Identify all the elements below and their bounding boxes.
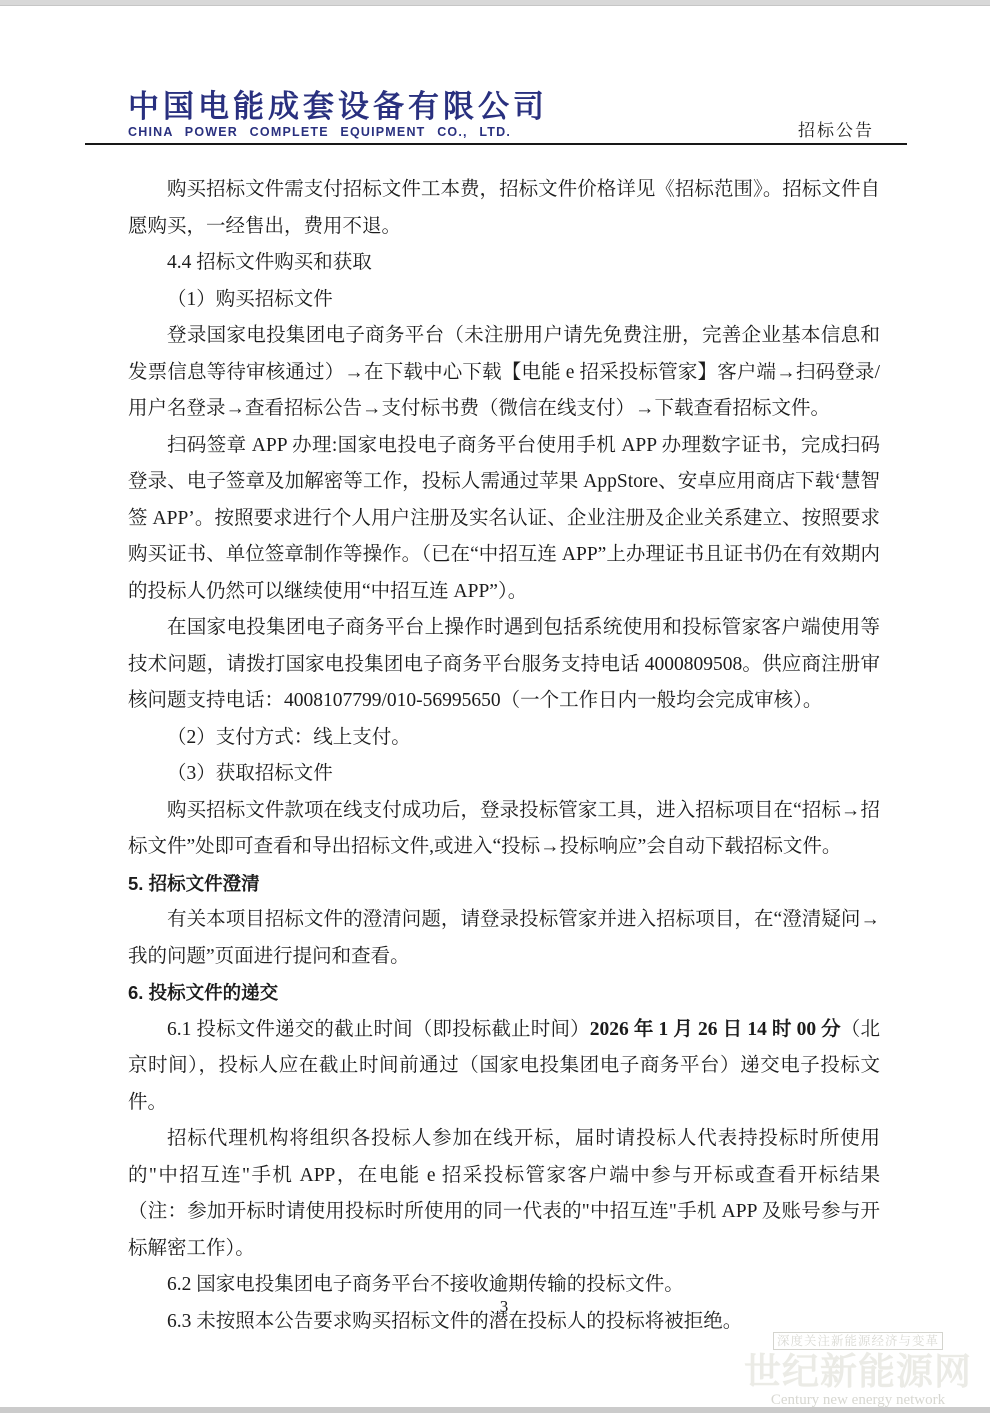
document-body: 购买招标文件需支付招标文件工本费，招标文件价格详见《招标范围》。招标文件自愿购买…: [128, 172, 880, 1340]
watermark: 深度关注新能源经济与变革 世纪新能源网 Century new energy n…: [738, 1332, 978, 1408]
paragraph: 有关本项目招标文件的澄清问题，请登录投标管家并进入招标项目，在“澄清疑问→我的问…: [128, 902, 880, 975]
paragraph: 扫码签章 APP 办理:国家电投电子商务平台使用手机 APP 办理数字证书，完成…: [128, 428, 880, 611]
section-heading: 5. 招标文件澄清: [128, 866, 880, 903]
company-name-english: CHINA POWER COMPLETE EQUIPMENT CO., LTD.: [128, 125, 907, 140]
section-heading: 6. 投标文件的递交: [128, 975, 880, 1012]
paragraph: （2）支付方式：线上支付。: [128, 720, 880, 757]
paragraph: （3）获取招标文件: [128, 756, 880, 793]
page-header: 中国电能成套设备有限公司 CHINA POWER COMPLETE EQUIPM…: [85, 90, 907, 145]
paragraph: 4.4 招标文件购买和获取: [128, 245, 880, 282]
watermark-subtitle: Century new energy network: [738, 1392, 978, 1408]
viewer-top-strip: [0, 0, 990, 6]
paragraph: 登录国家电投集团电子商务平台（未注册用户请先免费注册，完善企业基本信息和发票信息…: [128, 318, 880, 428]
paragraph: 6.1 投标文件递交的截止时间（即投标截止时间）2026 年 1 月 26 日 …: [128, 1012, 880, 1122]
paragraph: 购买招标文件需支付招标文件工本费，招标文件价格详见《招标范围》。招标文件自愿购买…: [128, 172, 880, 245]
company-logo: 中国电能成套设备有限公司 CHINA POWER COMPLETE EQUIPM…: [128, 90, 907, 140]
company-name-chinese: 中国电能成套设备有限公司: [128, 90, 907, 124]
document-type-label: 招标公告: [798, 116, 874, 141]
paragraph: 在国家电投集团电子商务平台上操作时遇到包括系统使用和投标管家客户端使用等技术问题…: [128, 610, 880, 720]
paragraph: （1）购买招标文件: [128, 282, 880, 319]
watermark-tagline: 深度关注新能源经济与变革: [773, 1332, 943, 1350]
page-number: 3: [128, 1297, 880, 1317]
viewer-bottom-strip: [0, 1407, 990, 1413]
paragraph: 招标代理机构将组织各投标人参加在线开标，届时请投标人代表持投标时所使用的"中招互…: [128, 1121, 880, 1267]
paragraph: 购买招标文件款项在线支付成功后，登录投标管家工具，进入招标项目在“招标→招标文件…: [128, 793, 880, 866]
watermark-title: 世纪新能源网: [738, 1352, 978, 1392]
